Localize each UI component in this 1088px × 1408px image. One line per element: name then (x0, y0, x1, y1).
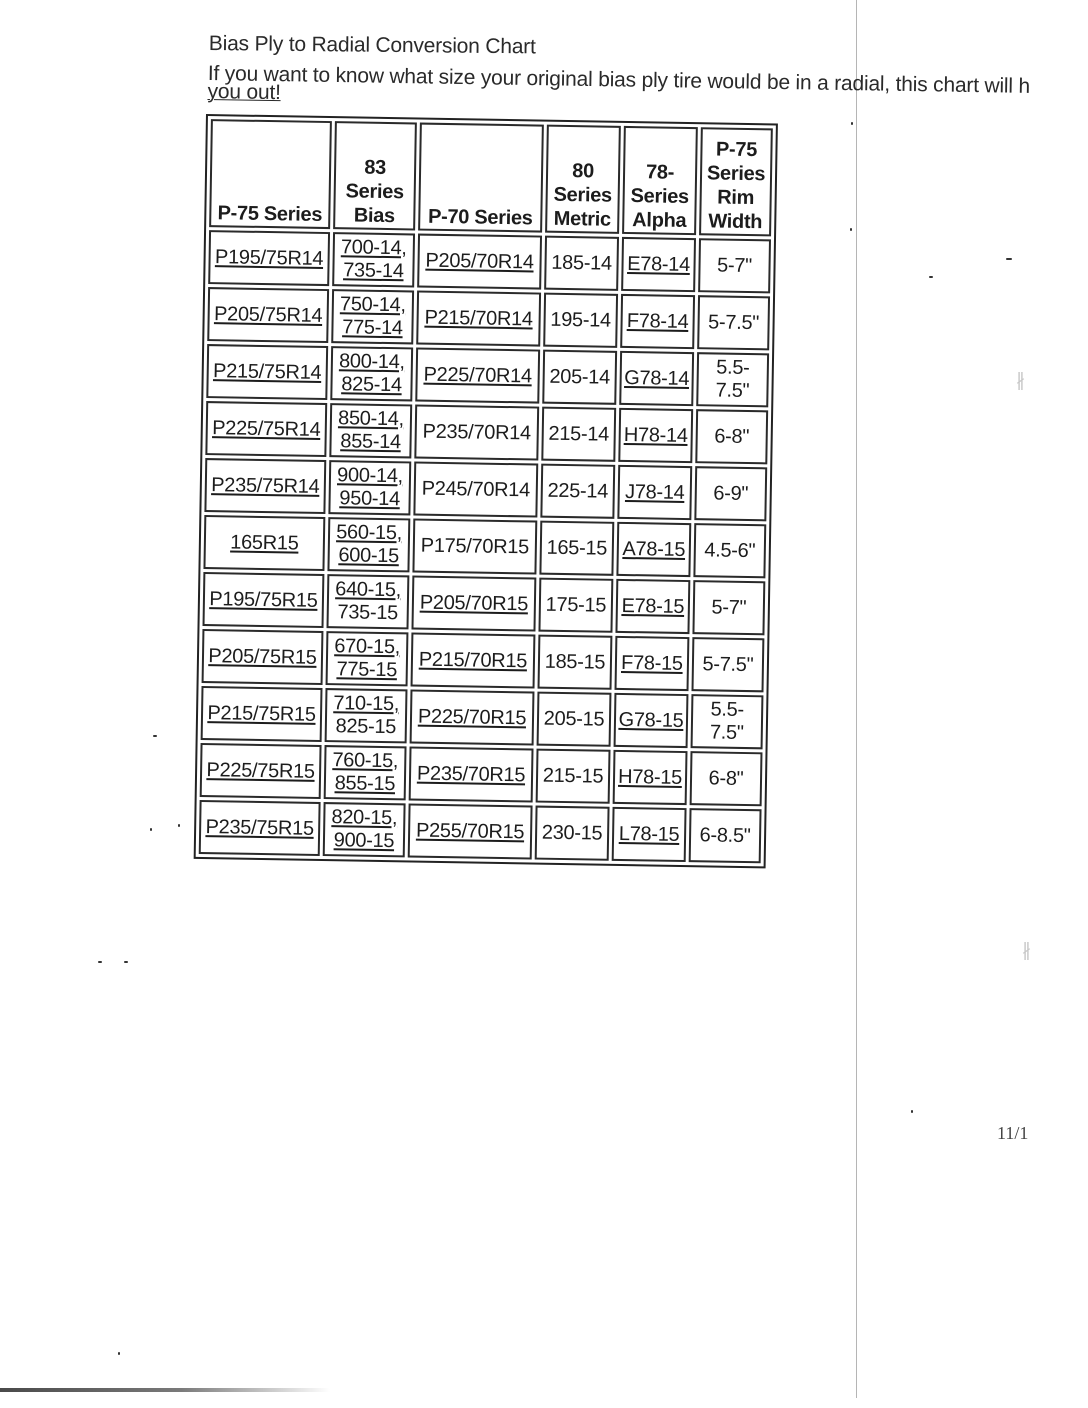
scan-speck (153, 735, 157, 737)
scan-speck (929, 276, 933, 278)
cell-alpha: A78-15 (616, 522, 691, 577)
cell-bias: 850-14,855-14 (329, 403, 412, 458)
cell-rim-width: 4.5-6" (693, 523, 766, 578)
rim-width: 7.5" (693, 721, 761, 745)
cell-p70-series: P255/70R15 (408, 803, 533, 859)
header-p75-series: P-75 Series (209, 119, 332, 229)
rim-width: 6-8.5" (691, 824, 759, 848)
p70-size: P205/70R15 (414, 591, 534, 616)
cell-metric: 195-14 (543, 293, 618, 348)
metric-size: 205-14 (545, 365, 615, 389)
cell-p70-series: P205/70R15 (411, 575, 536, 631)
cell-metric: 205-14 (542, 350, 617, 405)
table-header-row: P-75 Series83SeriesBiasP-70 Series80Seri… (209, 119, 773, 236)
metric-size: 215-14 (544, 422, 614, 446)
p70-size: P235/70R15 (411, 762, 531, 787)
cell-metric: 215-14 (541, 407, 616, 462)
bias-size: 820-15, (325, 806, 403, 830)
scan-speck (98, 961, 102, 963)
rim-width: 6-9" (697, 482, 765, 506)
conversion-table-container: P-75 Series83SeriesBiasP-70 Series80Seri… (194, 114, 778, 868)
cell-alpha: F78-15 (615, 636, 690, 691)
cell-p75-series: P205/75R14 (207, 287, 329, 343)
header-text: Width (701, 209, 769, 234)
scan-speck (150, 828, 152, 831)
cell-metric: 165-15 (539, 521, 614, 576)
cell-p70-series: P225/70R14 (415, 348, 540, 404)
header-text: Rim (701, 185, 769, 210)
header-p70-series: P-70 Series (418, 123, 544, 233)
scan-ghost-mark: ∦ (1016, 370, 1025, 391)
alpha-size: E78-15 (618, 594, 688, 618)
rim-width: 7.5" (698, 379, 766, 403)
cell-alpha: E78-15 (615, 579, 690, 634)
p70-size: P215/70R14 (418, 306, 538, 331)
alpha-size: H78-14 (621, 423, 691, 447)
table-row: 165R15560-15,600-15P175/70R15165-15A78-1… (203, 515, 766, 578)
bias-size: 670-15, (328, 635, 406, 659)
cell-alpha: F78-14 (620, 294, 695, 349)
header-text: Series (702, 161, 770, 186)
alpha-size: A78-15 (619, 537, 689, 561)
cell-metric: 215-15 (536, 749, 611, 804)
p75-size: P215/75R14 (209, 360, 326, 385)
cell-p70-series: P225/70R15 (410, 689, 535, 745)
cell-p70-series: P175/70R15 (412, 518, 537, 574)
cell-metric: 205-15 (537, 692, 612, 747)
table-row: P205/75R14750-14,775-14P215/70R14195-14F… (207, 287, 770, 350)
bias-size: 700-14, (335, 236, 413, 260)
bias-size: 775-14 (333, 316, 411, 340)
cell-p75-series: P205/75R15 (202, 629, 324, 685)
cell-metric: 230-15 (535, 806, 610, 861)
cell-rim-width: 6-9" (694, 466, 767, 521)
table-row: P225/75R14850-14,855-14P235/70R14215-14H… (205, 401, 768, 464)
cell-p70-series: P235/70R15 (409, 746, 534, 802)
p70-size: P205/70R14 (419, 249, 539, 274)
metric-size: 165-15 (542, 536, 612, 560)
scan-ghost-mark: ∦ (1022, 940, 1031, 961)
bias-size: 735-14 (334, 259, 412, 283)
alpha-size: F78-15 (617, 651, 687, 675)
alpha-size: J78-14 (620, 480, 690, 504)
table-body: P195/75R14700-14,735-14P205/70R14185-14E… (199, 230, 771, 863)
cell-alpha: E78-14 (621, 237, 696, 292)
cell-rim-width: 6-8" (695, 409, 768, 464)
p75-size: P205/75R14 (209, 303, 326, 328)
scan-edge-streak (0, 1388, 330, 1392)
bias-size: 825-14 (332, 373, 410, 397)
cell-alpha: L78-15 (612, 807, 687, 862)
cell-p75-series: P225/75R15 (200, 743, 322, 799)
cell-alpha: H78-14 (618, 408, 693, 463)
header-text: Alpha (624, 208, 694, 233)
metric-size: 205-15 (539, 707, 609, 731)
scan-margin-line (856, 0, 857, 1398)
header-text: Series (548, 183, 618, 208)
header-text: P-75 (702, 137, 770, 162)
cell-metric: 225-14 (540, 464, 615, 519)
bias-size: 825-15 (327, 715, 405, 739)
alpha-size: L78-15 (614, 822, 684, 846)
alpha-size: F78-14 (622, 309, 692, 333)
cell-p70-series: P235/70R14 (414, 405, 539, 461)
metric-size: 230-15 (537, 821, 607, 845)
cell-p75-series: P215/75R15 (201, 686, 323, 742)
header-78-series-alpha: 78-SeriesAlpha (622, 126, 698, 235)
cell-rim-width: 6-8.5" (689, 808, 762, 863)
header-p75-rim-width: P-75SeriesRimWidth (699, 127, 773, 236)
cell-p70-series: P215/70R15 (411, 632, 536, 688)
cell-metric: 185-15 (538, 635, 613, 690)
rim-width: 5-7.5" (699, 311, 767, 335)
cell-bias: 560-15,600-15 (327, 517, 410, 572)
table-row: P215/75R15710-15,825-15P225/70R15205-15G… (201, 686, 764, 749)
cell-rim-width: 6-8" (690, 751, 763, 806)
cell-p75-series: P195/75R15 (203, 572, 325, 628)
p75-size: P195/75R14 (210, 246, 327, 271)
p75-size: P195/75R15 (205, 588, 322, 613)
rim-width: 6-8" (692, 767, 760, 791)
metric-size: 175-15 (541, 593, 611, 617)
scan-speck (124, 961, 128, 963)
metric-size: 225-14 (543, 479, 613, 503)
table-row: P205/75R15670-15,775-15P215/70R15185-15F… (202, 629, 765, 692)
table-row: P235/75R14900-14,950-14P245/70R14225-14J… (204, 458, 767, 521)
bias-size: 900-14, (331, 464, 409, 488)
cell-bias: 760-15,855-15 (324, 745, 407, 800)
alpha-size: G78-15 (616, 708, 686, 732)
intro-text: If you want to know what size your origi… (207, 65, 1030, 114)
cell-rim-width: 5-7.5" (691, 637, 764, 692)
p70-size: P175/70R15 (415, 534, 535, 559)
p70-size: P225/70R14 (418, 363, 538, 388)
header-text: Series (336, 179, 414, 204)
cell-p75-series: P225/75R14 (205, 401, 327, 457)
cell-p75-series: P215/75R14 (206, 344, 328, 400)
cell-rim-width: 5.5-7.5" (691, 694, 764, 749)
p75-size: P225/75R14 (208, 417, 325, 442)
alpha-size: H78-15 (615, 765, 685, 789)
bias-size: 600-15 (330, 544, 408, 568)
conversion-table: P-75 Series83SeriesBiasP-70 Series80Seri… (194, 114, 778, 868)
page-title: Bias Ply to Radial Conversion Chart (209, 32, 536, 59)
bias-size: 735-15 (329, 601, 407, 625)
metric-size: 195-14 (545, 308, 615, 332)
alpha-size: E78-14 (623, 252, 693, 276)
cell-bias: 750-14,775-14 (331, 289, 414, 344)
header-text: Series (624, 184, 694, 209)
header-text: 80 (548, 159, 618, 184)
cell-rim-width: 5-7.5" (697, 295, 770, 350)
bias-size: 750-14, (334, 293, 412, 317)
rim-width: 5.5- (693, 698, 761, 722)
metric-size: 215-15 (538, 764, 608, 788)
scan-speck (851, 122, 853, 125)
bias-size: 855-14 (331, 430, 409, 454)
metric-size: 185-14 (546, 251, 616, 275)
scan-speck (1006, 258, 1012, 260)
cell-bias: 700-14,735-14 (332, 232, 415, 287)
table-row: P225/75R15760-15,855-15P235/70R15215-15H… (200, 743, 763, 806)
cell-p70-series: P215/70R14 (416, 291, 541, 347)
cell-p75-series: P235/75R14 (204, 458, 326, 514)
header-text: P-75 Series (211, 201, 328, 227)
cell-rim-width: 5-7" (698, 238, 771, 293)
rim-width: 5-7" (695, 596, 763, 620)
cell-alpha: H78-15 (613, 750, 688, 805)
header-text: Bias (335, 203, 413, 228)
p75-size: P205/75R15 (204, 645, 321, 670)
cell-bias: 670-15,775-15 (326, 631, 409, 686)
rim-width: 5-7" (700, 254, 768, 278)
alpha-size: G78-14 (621, 366, 691, 390)
bias-size: 775-15 (328, 658, 406, 682)
metric-size: 185-15 (540, 650, 610, 674)
rim-width: 4.5-6" (696, 539, 764, 563)
header-text: P-70 Series (420, 205, 540, 231)
cell-p70-series: P205/70R14 (417, 234, 542, 290)
cell-p75-series: P235/75R15 (199, 800, 321, 856)
cell-bias: 900-14,950-14 (328, 460, 411, 515)
cell-bias: 710-15,825-15 (325, 688, 408, 743)
header-83-series-bias: 83SeriesBias (333, 121, 417, 230)
bias-size: 855-15 (326, 772, 404, 796)
bias-size: 640-15, (329, 578, 407, 602)
p75-size: P235/75R15 (201, 816, 318, 841)
bias-size: 900-15 (325, 829, 403, 853)
bias-size: 760-15, (326, 749, 404, 773)
table-row: P235/75R15820-15,900-15P255/70R15230-15L… (199, 800, 762, 863)
cell-alpha: J78-14 (617, 465, 692, 520)
bias-size: 560-15, (330, 521, 408, 545)
table-row: P195/75R14700-14,735-14P205/70R14185-14E… (208, 230, 771, 293)
bias-size: 710-15, (327, 692, 405, 716)
rim-width: 6-8" (698, 425, 766, 449)
header-80-series-metric: 80SeriesMetric (545, 125, 621, 234)
table-row: P215/75R14800-14,825-14P225/70R14205-14G… (206, 344, 769, 407)
page-number: 11/1 (997, 1123, 1028, 1144)
cell-metric: 185-14 (544, 236, 619, 291)
rim-width: 5-7.5" (694, 653, 762, 677)
scan-speck (178, 824, 180, 827)
scan-speck (850, 228, 852, 231)
cell-rim-width: 5.5-7.5" (696, 352, 769, 407)
scan-speck (911, 1110, 913, 1113)
cell-alpha: G78-14 (619, 351, 694, 406)
cell-metric: 175-15 (538, 578, 613, 633)
header-text: 78- (625, 160, 695, 185)
p70-size: P255/70R15 (410, 819, 530, 844)
table-row: P195/75R15640-15,735-15P205/70R15175-15E… (203, 572, 766, 635)
p70-size: P235/70R14 (417, 420, 537, 445)
cell-rim-width: 5-7" (692, 580, 765, 635)
bias-size: 950-14 (330, 487, 408, 511)
rim-width: 5.5- (699, 356, 767, 380)
p75-size: P225/75R15 (202, 759, 319, 784)
p75-size: P235/75R14 (207, 474, 324, 499)
p70-size: P215/70R15 (413, 648, 533, 673)
scan-speck (118, 1352, 120, 1355)
cell-bias: 820-15,900-15 (323, 802, 406, 857)
cell-p75-series: 165R15 (203, 515, 325, 571)
p75-size: P215/75R15 (203, 702, 320, 727)
bias-size: 850-14, (332, 407, 410, 431)
p75-size: 165R15 (206, 531, 323, 556)
p70-size: P225/70R15 (412, 705, 532, 730)
cell-bias: 640-15,735-15 (326, 574, 409, 629)
cell-p70-series: P245/70R14 (413, 462, 538, 518)
p70-size: P245/70R14 (416, 477, 536, 502)
cell-p75-series: P195/75R14 (208, 230, 330, 286)
header-text: 83 (336, 155, 414, 180)
cell-bias: 800-14,825-14 (330, 346, 413, 401)
bias-size: 800-14, (333, 350, 411, 374)
cell-alpha: G78-15 (614, 693, 689, 748)
header-text: Metric (547, 207, 617, 232)
